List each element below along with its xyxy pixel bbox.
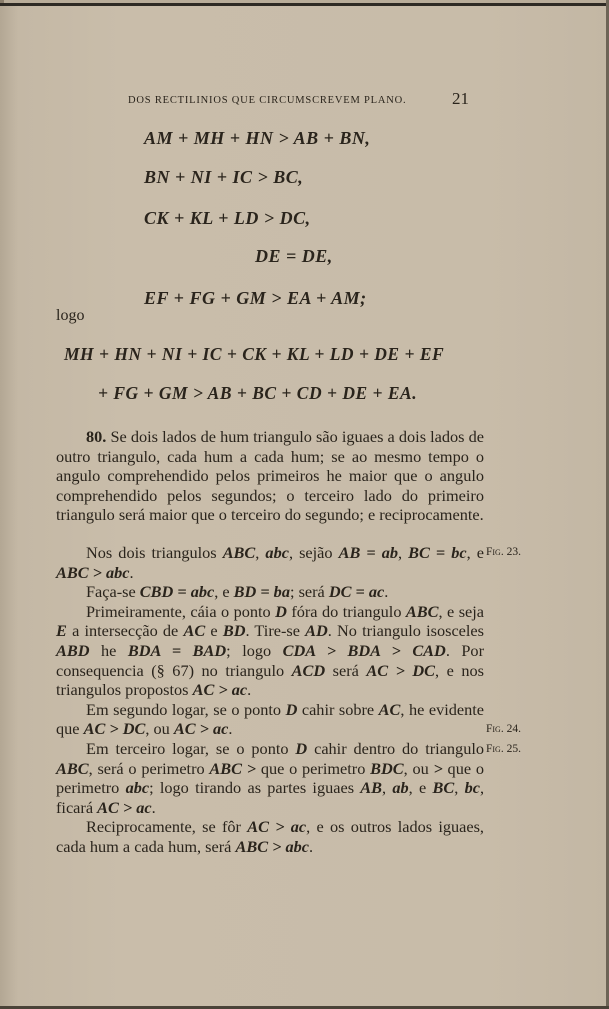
text: he [89,641,127,660]
text: ; logo [226,641,282,660]
figure-ref-25: Fig. 25. [486,743,521,755]
proof-body: Nos dois triangulos ABC, abc, sejão AB =… [56,543,484,857]
paragraph-case-2: Em segundo logar, se o ponto D cahir sob… [56,700,484,739]
math: E [56,621,67,640]
text: Em terceiro logar, se o ponto [86,739,295,758]
text: Nos dois triangulos [86,543,223,562]
paragraph-case-1: Primeiramente, cáia o ponto D fóra do tr… [56,602,484,700]
figure-ref-24: Fig. 24. [486,723,521,735]
math: ABD [56,641,89,660]
text: a intersecção de [67,621,184,640]
math: bc [465,778,480,797]
equation-5: EF + FG + GM > EA + AM; [144,288,367,309]
math: AD [305,621,328,640]
text: será [325,661,366,680]
paragraph-converse: Reciprocamente, se fôr AC > ac, e os out… [56,817,484,856]
text: . No triangulo isosceles [328,621,484,640]
text: , [454,778,464,797]
text: Reciprocamente, se fôr [86,817,247,836]
math: AC [379,700,401,719]
math: BD = ba [234,582,290,601]
equation-3: CK + KL + LD > DC, [144,208,311,229]
text: , [255,543,265,562]
math: AB [360,778,382,797]
math: ABC > [209,759,256,778]
math: BDC [370,759,403,778]
math: BD [223,621,246,640]
math: CDA > BDA > CAD [283,641,446,660]
text: , [398,543,408,562]
text: . [130,563,134,582]
text: . [384,582,388,601]
text: cahir sobre [297,700,378,719]
text: fóra do triangulo [287,602,406,621]
theorem-text: Se dois lados de hum triangulo são iguae… [56,427,484,524]
equation-4: DE = DE, [255,246,333,267]
text: ; será [290,582,329,601]
text: Em segundo logar, se o ponto [86,700,286,719]
text: . [228,719,232,738]
math: > [434,759,443,778]
math: DC = ac [329,582,384,601]
math: ABC > abc [235,837,309,856]
math: D [286,700,298,719]
math: AC > ac [247,817,306,836]
paragraph-construction: Faça-se CBD = abc, e BD = ba; será DC = … [56,582,484,602]
math: D [275,602,287,621]
text: . [152,798,156,817]
text: , e [214,582,233,601]
paragraph-setup: Nos dois triangulos ABC, abc, sejão AB =… [56,543,484,582]
math: ABC [223,543,256,562]
text: e [205,621,223,640]
text: , e [467,543,484,562]
equation-1: AM + MH + HN > AB + BN, [144,128,370,149]
math: CBD = abc [140,582,214,601]
math: AC [183,621,205,640]
equation-2: BN + NI + IC > BC, [144,167,303,188]
text: ; logo tirando as partes iguaes [149,778,360,797]
sum-equation-line-1: MH + HN + NI + IC + CK + KL + LD + DE + … [64,344,444,365]
math: ABC [406,602,439,621]
math: ABC > abc [56,563,130,582]
logo-word: logo [56,307,84,325]
math: AC > DC [84,719,146,738]
math: AC > ac [97,798,152,817]
page-number: 21 [452,89,469,109]
math: ABC [56,759,89,778]
math: D [295,739,307,758]
math: abc [126,778,150,797]
text: , [382,778,392,797]
math: AC > ac [193,680,248,699]
text: Primeiramente, cáia o ponto [86,602,275,621]
math: AC > DC [366,661,435,680]
theorem-80: 80. Se dois lados de hum triangulo são i… [56,427,484,525]
math: ACD [292,661,325,680]
math: BDA = BAD [128,641,226,660]
math: BC = bc [408,543,467,562]
running-title: DOS RECTILINIOS QUE CIRCUMSCREVEM PLANO. [128,95,406,106]
text: . [309,837,313,856]
math: abc [265,543,289,562]
math: AB = ab [339,543,398,562]
text: cahir dentro do triangulo [307,739,484,758]
text: que o perimetro [256,759,370,778]
figure-ref-23: Fig. 23. [486,546,521,558]
text: , e [409,778,433,797]
text: Faça-se [86,582,140,601]
math: AC > ac [174,719,229,738]
text: , será o perimetro [89,759,210,778]
text: , ou [404,759,434,778]
running-header: DOS RECTILINIOS QUE CIRCUMSCREVEM PLANO. [128,94,468,106]
sum-equation-line-2: + FG + GM > AB + BC + CD + DE + EA. [98,383,417,404]
text: , e seja [439,602,485,621]
theorem-number: 80. [86,427,106,446]
math: BC [433,778,455,797]
text: , sejão [289,543,339,562]
text: , ou [145,719,174,738]
paragraph-case-3: Em terceiro logar, se o ponto D cahir de… [56,739,484,817]
text: . [247,680,251,699]
math: ab [392,778,408,797]
text: . Tire-se [245,621,305,640]
